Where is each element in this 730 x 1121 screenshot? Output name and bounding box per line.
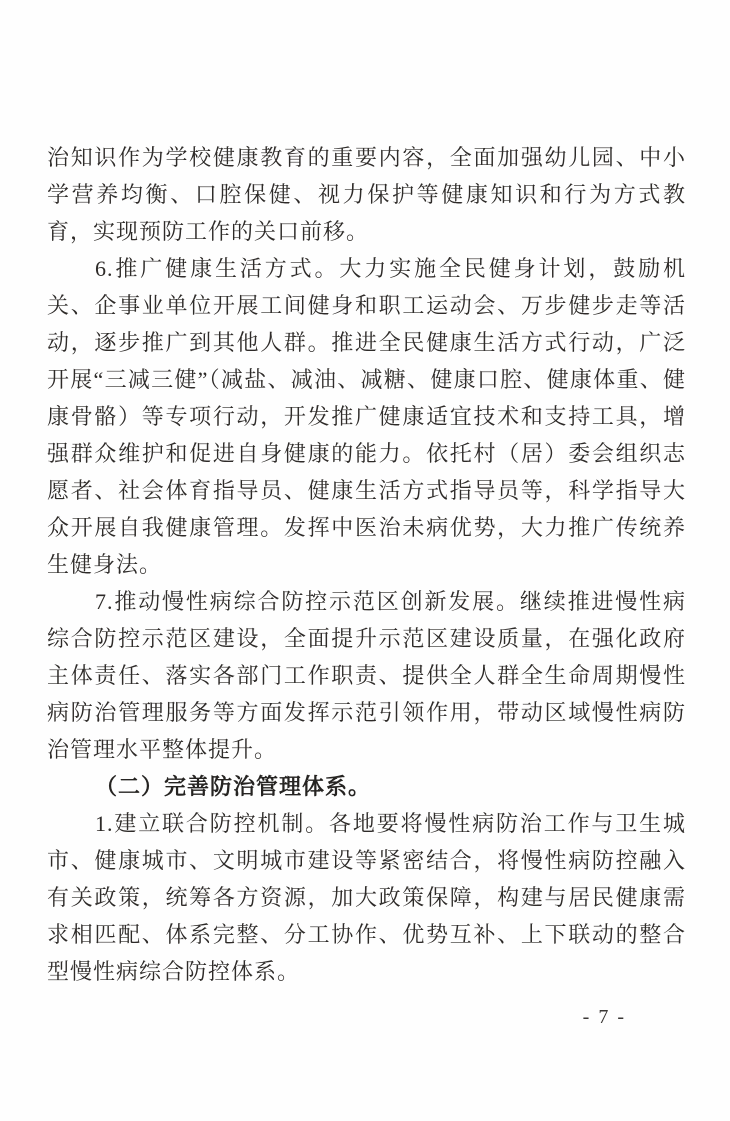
page-number: - 7 - [583, 1006, 626, 1029]
paragraph-continuation: 治知识作为学校健康教育的重要内容，全面加强幼儿园、中小学营养均衡、口腔保健、视力… [47, 139, 686, 250]
section-heading: （二）完善防治管理体系。 [47, 768, 686, 805]
paragraph-item-6: 6.推广健康生活方式。大力实施全民健身计划，鼓励机关、企事业单位开展工间健身和职… [47, 250, 686, 583]
document-page: 治知识作为学校健康教育的重要内容，全面加强幼儿园、中小学营养均衡、口腔保健、视力… [0, 0, 730, 1121]
paragraph-item-7: 7.推动慢性病综合防控示范区创新发展。继续推进慢性病综合防控示范区建设，全面提升… [47, 583, 686, 768]
paragraph-item-1: 1.建立联合防控机制。各地要将慢性病防治工作与卫生城市、健康城市、文明城市建设等… [47, 805, 686, 990]
